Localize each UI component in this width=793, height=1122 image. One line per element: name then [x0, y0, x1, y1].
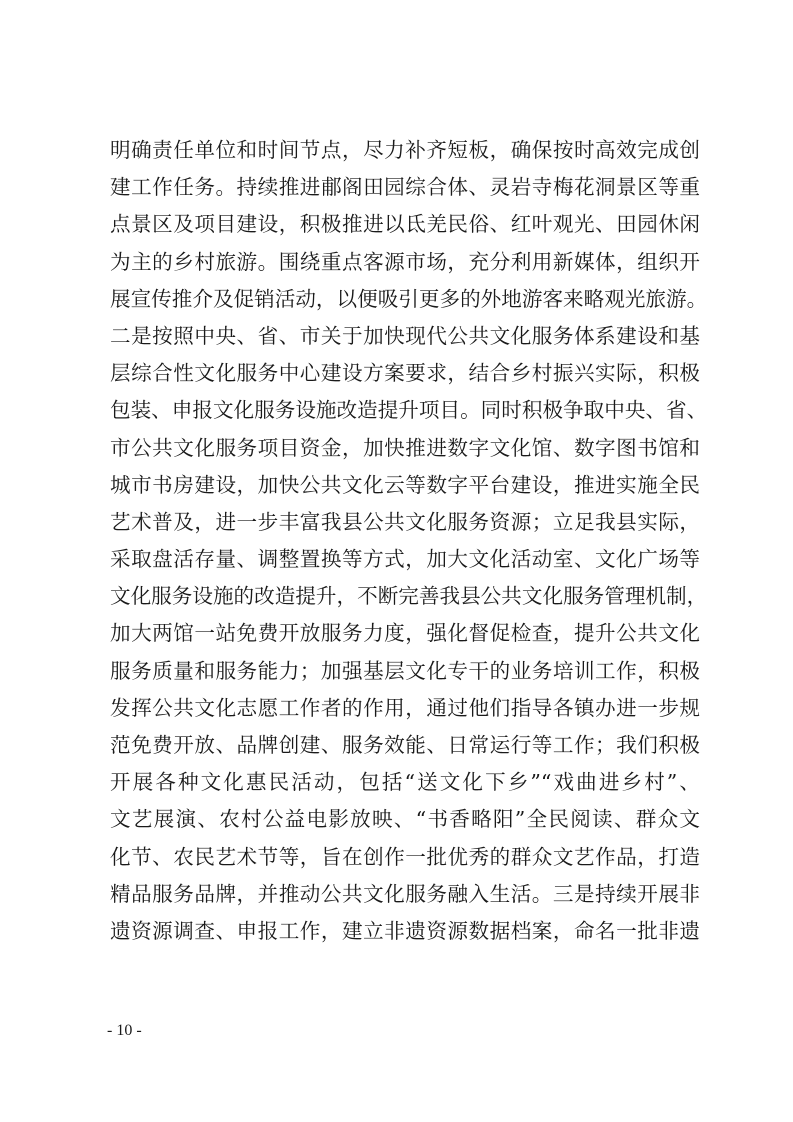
text-line: 艺术普及，进一步丰富我县公共文化服务资源；立足我县实际，	[110, 508, 700, 545]
text-line: 层综合性文化服务中心建设方案要求，结合乡村振兴实际，积极	[110, 359, 700, 396]
body-text: 明确责任单位和时间节点，尽力补齐短板，确保按时高效完成创 建工作任务。持续推进郙…	[110, 136, 700, 954]
text-line: 遗资源调查、申报工作，建立非遗资源数据档案，命名一批非遗	[110, 917, 700, 954]
text-line: 城市书房建设，加快公共文化云等数字平台建设，推进实施全民	[110, 471, 700, 508]
text-line: 二是按照中央、省、市关于加快现代公共文化服务体系建设和基	[110, 322, 700, 359]
text-line: 范免费开放、品牌创建、服务效能、日常运行等工作；我们积极	[110, 731, 700, 768]
text-line: 文艺展演、农村公益电影放映、“书香略阳”全民阅读、群众文	[110, 805, 700, 842]
text-line: 采取盘活存量、调整置换等方式，加大文化活动室、文化广场等	[110, 545, 700, 582]
text-line: 开展各种文化惠民活动，包括“送文化下乡”“戏曲进乡村”、	[110, 768, 700, 805]
text-line: 建工作任务。持续推进郙阁田园综合体、灵岩寺梅花洞景区等重	[110, 173, 700, 210]
text-line: 服务质量和服务能力；加强基层文化专干的业务培训工作，积极	[110, 657, 700, 694]
text-line: 化节、农民艺术节等，旨在创作一批优秀的群众文艺作品，打造	[110, 843, 700, 880]
text-line: 发挥公共文化志愿工作者的作用，通过他们指导各镇办进一步规	[110, 694, 700, 731]
text-line: 为主的乡村旅游。围绕重点客源市场，充分利用新媒体，组织开	[110, 248, 700, 285]
page-number: - 10 -	[107, 1022, 142, 1040]
text-line: 市公共文化服务项目资金，加快推进数字文化馆、数字图书馆和	[110, 434, 700, 471]
text-line: 文化服务设施的改造提升，不断完善我县公共文化服务管理机制，	[110, 582, 700, 619]
text-line: 展宣传推介及促销活动，以便吸引更多的外地游客来略观光旅游。	[110, 285, 700, 322]
text-line: 点景区及项目建设，积极推进以氐羌民俗、红叶观光、田园休闲	[110, 210, 700, 247]
text-line: 加大两馆一站免费开放服务力度，强化督促检查，提升公共文化	[110, 619, 700, 656]
document-page: 明确责任单位和时间节点，尽力补齐短板，确保按时高效完成创 建工作任务。持续推进郙…	[0, 0, 793, 1122]
text-line: 包装、申报文化服务设施改造提升项目。同时积极争取中央、省、	[110, 396, 700, 433]
text-line: 精品服务品牌，并推动公共文化服务融入生活。三是持续开展非	[110, 880, 700, 917]
text-line: 明确责任单位和时间节点，尽力补齐短板，确保按时高效完成创	[110, 136, 700, 173]
